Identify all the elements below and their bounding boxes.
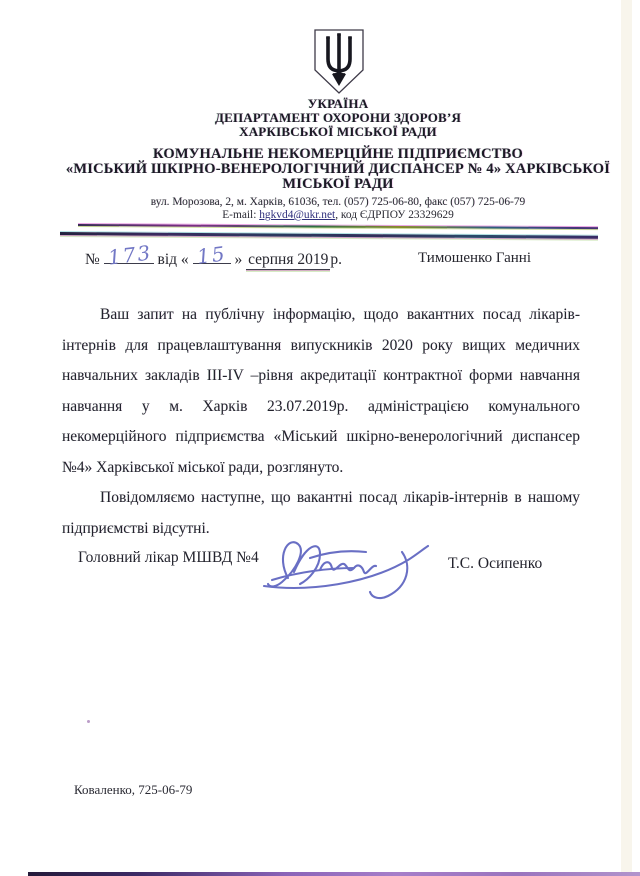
body-line: №4» Харківської міської ради, розглянуто… bbox=[62, 453, 580, 484]
signature-scribble bbox=[258, 522, 454, 604]
doc-number-blank: 173 bbox=[104, 246, 154, 264]
org-name-line-3: МІСЬКОЇ РАДИ bbox=[38, 176, 638, 193]
body-line: Повідомляємо наступне, що вакантні посад… bbox=[62, 483, 580, 514]
email-line: E-mail: hgkvd4@ukr.net, код ЄДРПОУ 23329… bbox=[38, 209, 638, 221]
body-paragraph-1: Ваш запит на публічну інформацію, щодо в… bbox=[62, 300, 580, 484]
doc-day-blank: 15 bbox=[193, 246, 231, 264]
body-line: некомерційного підприємства «Міський шкі… bbox=[62, 422, 580, 453]
coat-of-arms-icon bbox=[310, 28, 368, 96]
body-line: інтернів для працевлаштування випускникі… bbox=[62, 331, 580, 362]
scan-bottom-strip bbox=[28, 872, 640, 876]
email-label: E-mail: bbox=[222, 209, 259, 221]
department-line-2: ХАРКІВСЬКОЇ МІСЬКОЇ РАДИ bbox=[38, 124, 638, 140]
doc-month-year: серпня 2019 bbox=[246, 251, 330, 270]
date-vid-label: від « bbox=[158, 251, 189, 268]
doc-number-sign: № bbox=[85, 251, 100, 268]
signer-title: Головний лікар МШВД №4 bbox=[78, 549, 259, 567]
ink-dot-artifact bbox=[87, 720, 90, 723]
letterhead-rule-thin bbox=[78, 224, 598, 229]
date-close-quote: » bbox=[234, 251, 246, 268]
body-line: навчальних закладів III-IV –рівня акреди… bbox=[62, 361, 580, 392]
addressee-name: Тимошенко Ганні bbox=[418, 250, 531, 267]
email-address: hgkvd4@ukr.net bbox=[259, 209, 335, 221]
paper-edge-strip bbox=[621, 0, 632, 876]
scanned-letter-page: { "header": { "emblem_icon": "ukraine-tr… bbox=[0, 0, 640, 876]
body-line: Ваш запит на публічну інформацію, щодо в… bbox=[62, 300, 580, 331]
footer-contact: Коваленко, 725-06-79 bbox=[74, 782, 192, 798]
letterhead-rule-thick bbox=[60, 232, 598, 239]
doc-number-handwritten: 173 bbox=[106, 240, 153, 269]
doc-day-handwritten: 15 bbox=[195, 241, 227, 268]
signer-name: Т.С. Осипенко bbox=[448, 555, 542, 573]
reference-row: № 173 від « 15 » серпня 2019р. bbox=[85, 246, 342, 269]
edrpou-code: , код ЄДРПОУ 23329629 bbox=[335, 209, 454, 221]
body-line: навчання у м. Харків 23.07.2019р. адміні… bbox=[62, 392, 580, 423]
address-line: вул. Морозова, 2, м. Харків, 61036, тел.… bbox=[38, 196, 638, 208]
year-suffix: р. bbox=[330, 251, 342, 268]
